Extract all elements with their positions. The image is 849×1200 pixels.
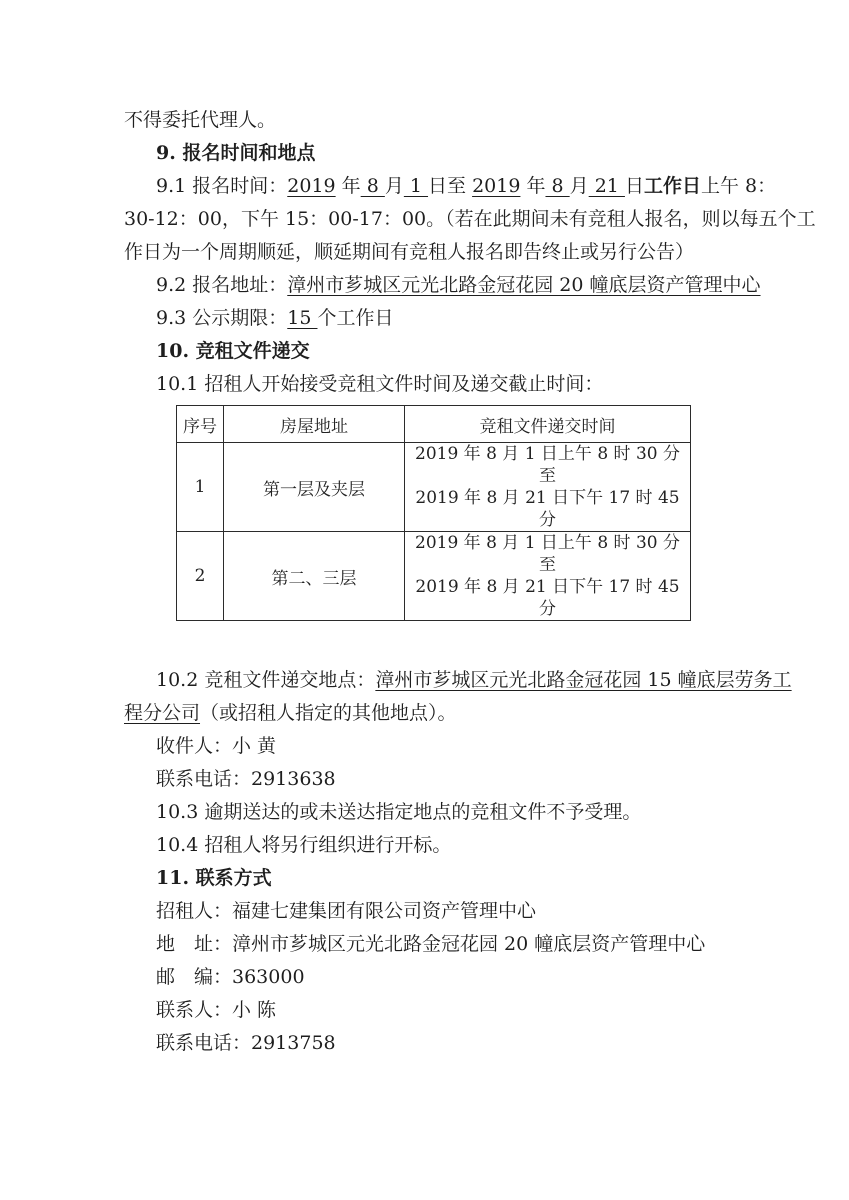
text-segment: 地 址：漳州市芗城区元光北路金冠花园 20 幢底层资产管理中心 bbox=[156, 933, 705, 955]
text-segment: 上午 8： bbox=[701, 175, 776, 197]
para-postcode: 邮 编：363000 bbox=[124, 961, 726, 994]
text-segment: 9.1 报名时间： bbox=[156, 175, 287, 197]
para-contact-person: 联系人：小 陈 bbox=[124, 994, 726, 1027]
time-line-start: 2019 年 8 月 1 日上午 8 时 30 分 bbox=[405, 443, 690, 465]
text-segment: 漳州市芗城区元光北路金冠花园 20 幢底层资产管理中心 bbox=[287, 274, 760, 296]
text-segment: （或招租人指定的其他地点）。 bbox=[200, 702, 457, 724]
text-segment: 年 bbox=[336, 175, 361, 197]
text-segment: 9.3 公示期限： bbox=[156, 307, 287, 329]
cell-index: 1 bbox=[177, 443, 224, 532]
text-segment: 工作日 bbox=[644, 175, 701, 197]
para-9-1-cont-1: 30-12：00，下午 15：00-17：00。（若在此期间未有竞租人报名，则以… bbox=[124, 203, 726, 236]
col-header-index: 序号 bbox=[177, 406, 224, 443]
para-contact-phone-2: 联系电话：2913758 bbox=[124, 1027, 726, 1060]
text-segment: 邮 编：363000 bbox=[156, 966, 305, 988]
para-10-1: 10.1 招租人开始接受竞租文件时间及递交截止时间： bbox=[124, 368, 726, 401]
text-segment: 9.2 报名地址： bbox=[156, 274, 287, 296]
text-segment: 10. 竞租文件递交 bbox=[156, 340, 310, 362]
para-9-3: 9.3 公示期限：15 个工作日 bbox=[124, 302, 726, 335]
time-line-to: 至 bbox=[405, 554, 690, 576]
heading-10: 10. 竞租文件递交 bbox=[124, 335, 726, 368]
text-segment: 10.3 逾期送达的或未送达指定地点的竞租文件不予受理。 bbox=[156, 801, 641, 823]
para-contact-phone-1: 联系电话：2913638 bbox=[124, 763, 726, 796]
cell-submission-time: 2019 年 8 月 1 日上午 8 时 30 分 至 2019 年 8 月 2… bbox=[405, 532, 691, 621]
text-segment: 联系电话：2913758 bbox=[156, 1032, 336, 1054]
text-segment: 2019 bbox=[287, 175, 335, 197]
para-9-1-cont-2: 作日为一个周期顺延，顺延期间有竞租人报名即告终止或另行公告） bbox=[124, 236, 726, 269]
para-no-agent: 不得委托代理人。 bbox=[124, 104, 726, 137]
text-segment: 日至 bbox=[428, 175, 472, 197]
para-9-2: 9.2 报名地址：漳州市芗城区元光北路金冠花园 20 幢底层资产管理中心 bbox=[124, 269, 726, 302]
cell-address: 第二、三层 bbox=[224, 532, 405, 621]
text-segment: 个工作日 bbox=[317, 307, 393, 329]
text-segment: 收件人：小 黄 bbox=[156, 735, 276, 757]
text-segment: 作日为一个周期顺延，顺延期间有竞租人报名即告终止或另行公告） bbox=[124, 241, 694, 263]
section-after-table: 10.2 竞租文件递交地点：漳州市芗城区元光北路金冠花园 15 幢底层劳务工程分… bbox=[124, 664, 726, 1060]
text-segment: 年 bbox=[520, 175, 545, 197]
col-header-address: 房屋地址 bbox=[224, 406, 405, 443]
text-segment: 2019 bbox=[472, 175, 520, 197]
cell-submission-time: 2019 年 8 月 1 日上午 8 时 30 分 至 2019 年 8 月 2… bbox=[405, 443, 691, 532]
text-segment: 1 bbox=[404, 175, 428, 197]
text-segment: 月 bbox=[570, 175, 589, 197]
time-line-end: 2019 年 8 月 21 日下午 17 时 45 分 bbox=[405, 576, 690, 620]
text-segment: 8 bbox=[545, 175, 569, 197]
para-9-1: 9.1 报名时间：2019 年 8 月 1 日至 2019 年 8 月 21 日… bbox=[124, 170, 726, 203]
table-row: 1 第一层及夹层 2019 年 8 月 1 日上午 8 时 30 分 至 201… bbox=[177, 443, 691, 532]
para-10-2: 10.2 竞租文件递交地点：漳州市芗城区元光北路金冠花园 15 幢底层劳务工 bbox=[124, 664, 726, 697]
text-segment: 不得委托代理人。 bbox=[124, 109, 276, 131]
text-segment: 10.4 招租人将另行组织进行开标。 bbox=[156, 834, 451, 856]
text-segment: 联系电话：2913638 bbox=[156, 768, 336, 790]
time-line-to: 至 bbox=[405, 465, 690, 487]
section-before-table: 不得委托代理人。9. 报名时间和地点9.1 报名时间：2019 年 8 月 1 … bbox=[124, 104, 726, 401]
text-segment: 招租人：福建七建集团有限公司资产管理中心 bbox=[156, 900, 536, 922]
para-address: 地 址：漳州市芗城区元光北路金冠花园 20 幢底层资产管理中心 bbox=[124, 928, 726, 961]
table-row: 2 第二、三层 2019 年 8 月 1 日上午 8 时 30 分 至 2019… bbox=[177, 532, 691, 621]
para-lessor: 招租人：福建七建集团有限公司资产管理中心 bbox=[124, 895, 726, 928]
document-page-body: 不得委托代理人。9. 报名时间和地点9.1 报名时间：2019 年 8 月 1 … bbox=[124, 104, 726, 1060]
time-line-end: 2019 年 8 月 21 日下午 17 时 45 分 bbox=[405, 487, 690, 531]
text-segment: 联系人：小 陈 bbox=[156, 999, 276, 1021]
text-segment: 10.1 招租人开始接受竞租文件时间及递交截止时间： bbox=[156, 373, 603, 395]
cell-index: 2 bbox=[177, 532, 224, 621]
text-segment: 11. 联系方式 bbox=[156, 867, 272, 889]
text-segment: 月 bbox=[385, 175, 404, 197]
col-header-submission-time: 竞租文件递交时间 bbox=[405, 406, 691, 443]
time-line-start: 2019 年 8 月 1 日上午 8 时 30 分 bbox=[405, 532, 690, 554]
text-segment: 9. 报名时间和地点 bbox=[156, 142, 315, 164]
para-10-2-cont: 程分公司（或招租人指定的其他地点）。 bbox=[124, 697, 726, 730]
text-segment: 10.2 竞租文件递交地点： bbox=[156, 669, 375, 691]
text-segment: 30-12：00，下午 15：00-17：00。（若在此期间未有竞租人报名，则以… bbox=[124, 208, 816, 230]
para-10-3: 10.3 逾期送达的或未送达指定地点的竞租文件不予受理。 bbox=[124, 796, 726, 829]
text-segment: 15 bbox=[287, 307, 317, 329]
table-header-row: 序号 房屋地址 竞租文件递交时间 bbox=[177, 406, 691, 443]
heading-11: 11. 联系方式 bbox=[124, 862, 726, 895]
cell-address: 第一层及夹层 bbox=[224, 443, 405, 532]
text-segment: 漳州市芗城区元光北路金冠花园 15 幢底层劳务工 bbox=[375, 669, 791, 691]
heading-9: 9. 报名时间和地点 bbox=[124, 137, 726, 170]
para-recipient: 收件人：小 黄 bbox=[124, 730, 726, 763]
text-segment: 程分公司 bbox=[124, 702, 200, 724]
text-segment: 日 bbox=[625, 175, 644, 197]
submission-schedule-table: 序号 房屋地址 竞租文件递交时间 1 第一层及夹层 2019 年 8 月 1 日… bbox=[176, 405, 691, 621]
para-10-4: 10.4 招租人将另行组织进行开标。 bbox=[124, 829, 726, 862]
text-segment: 8 bbox=[361, 175, 385, 197]
text-segment: 21 bbox=[589, 175, 625, 197]
